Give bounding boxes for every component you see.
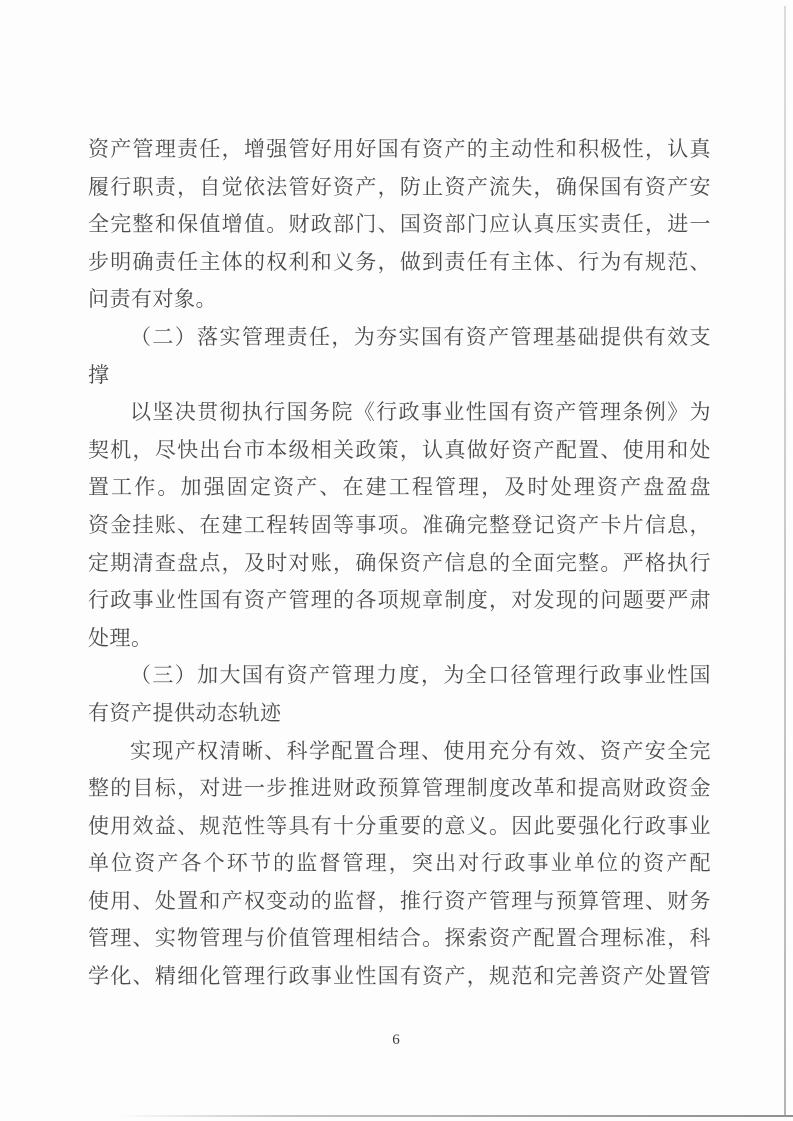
text-line: 处理。 <box>88 620 711 658</box>
text-line: 整的目标，对进一步推进财政预算管理制度改革和提高财政资金 <box>88 770 711 808</box>
text-line: 问责有对象。 <box>88 281 711 319</box>
page-number: 6 <box>0 1032 793 1049</box>
text-line: 使用、处置和产权变动的监督，推行资产管理与预算管理、财务 <box>88 883 711 921</box>
text-line: 单位资产各个环节的监督管理，突出对行政事业单位的资产配置、 <box>88 845 711 883</box>
text-line: 全完整和保值增值。财政部门、国资部门应认真压实责任，进一 <box>88 206 711 244</box>
document-page: 资产管理责任，增强管好用好国有资产的主动性和积极性，认真履行职责，自觉依法管好资… <box>0 0 793 1121</box>
text-line: 契机，尽快出台市本级相关政策，认真做好资产配置、使用和处 <box>88 432 711 470</box>
text-line: 有资产提供动态轨迹 <box>88 695 711 733</box>
text-line: 使用效益、规范性等具有十分重要的意义。因此要强化行政事业 <box>88 808 711 846</box>
text-line: 以坚决贯彻执行国务院《行政事业性国有资产管理条例》为 <box>88 394 711 432</box>
text-line: 学化、精细化管理行政事业性国有资产，规范和完善资产处置管 <box>88 958 711 996</box>
text-line: 资金挂账、在建工程转固等事项。准确完整登记资产卡片信息， <box>88 507 711 545</box>
text-line: 步明确责任主体的权利和义务，做到责任有主体、行为有规范、 <box>88 244 711 282</box>
text-line: （二）落实管理责任，为夯实国有资产管理基础提供有效支 <box>88 319 711 357</box>
text-line: （三）加大国有资产管理力度，为全口径管理行政事业性国 <box>88 657 711 695</box>
text-block: 资产管理责任，增强管好用好国有资产的主动性和积极性，认真履行职责，自觉依法管好资… <box>88 131 711 996</box>
text-line: 行政事业性国有资产管理的各项规章制度，对发现的问题要严肃 <box>88 582 711 620</box>
scan-edge-vertical <box>784 6 786 1117</box>
text-line: 置工作。加强固定资产、在建工程管理，及时处理资产盘盈盘亏、 <box>88 469 711 507</box>
text-line: 资产管理责任，增强管好用好国有资产的主动性和积极性，认真 <box>88 131 711 169</box>
text-line: 实现产权清晰、科学配置合理、使用充分有效、资产安全完 <box>88 733 711 771</box>
text-line: 管理、实物管理与价值管理相结合。探索资产配置合理标准，科 <box>88 920 711 958</box>
text-line: 履行职责，自觉依法管好资产，防止资产流失，确保国有资产安 <box>88 169 711 207</box>
scan-edge-horizontal <box>118 1115 793 1117</box>
text-line: 定期清查盘点，及时对账，确保资产信息的全面完整。严格执行 <box>88 545 711 583</box>
text-line: 撑 <box>88 357 711 395</box>
